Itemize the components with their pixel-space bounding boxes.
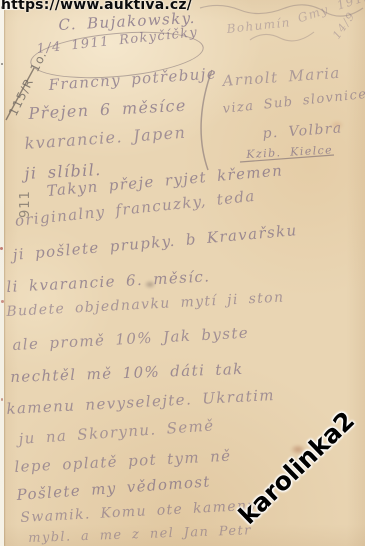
message-line: Francny potřebuje (48, 64, 218, 94)
message-line: li kvarancie 6. měsíc. (6, 267, 211, 296)
message-line: Přejen 6 měsíce (28, 96, 187, 123)
scribble: Gmy 1912 (296, 0, 365, 25)
message-line: ji pošlete prupky. b Kravařsku (12, 221, 298, 264)
auction-site-watermark: https://www.auktiva.cz/ (1, 0, 192, 13)
message-line: ju na Skorynu. Semě (18, 416, 215, 448)
message-line: Pošlete my vědomost (16, 472, 211, 504)
message-line: kvarancie. Japen (24, 123, 187, 153)
margin-note: 911 (18, 190, 33, 218)
message-line: nechtěl mě 10% dáti tak (10, 360, 244, 386)
address-line: Kzib. Kielce (246, 143, 333, 161)
message-line: ale promě 10% Jak byste (12, 324, 249, 354)
message-line: kamenu nevyselejte. Ukratim (6, 386, 275, 418)
message-line: Swamik. Komu ote kameny (20, 498, 257, 526)
address-line: viza Sub slovnice (222, 87, 365, 117)
scribble: Bohumín (226, 15, 291, 36)
message-line: mybl. a me z nel Jan Petr (28, 523, 252, 546)
message-line: lepe oplatě pot tym ně (14, 447, 232, 476)
message-line: Budete objednavku mytí ji ston (6, 289, 285, 320)
address-line: Arnolt Maria (222, 64, 341, 90)
address-line: p. Volbra (262, 120, 343, 142)
